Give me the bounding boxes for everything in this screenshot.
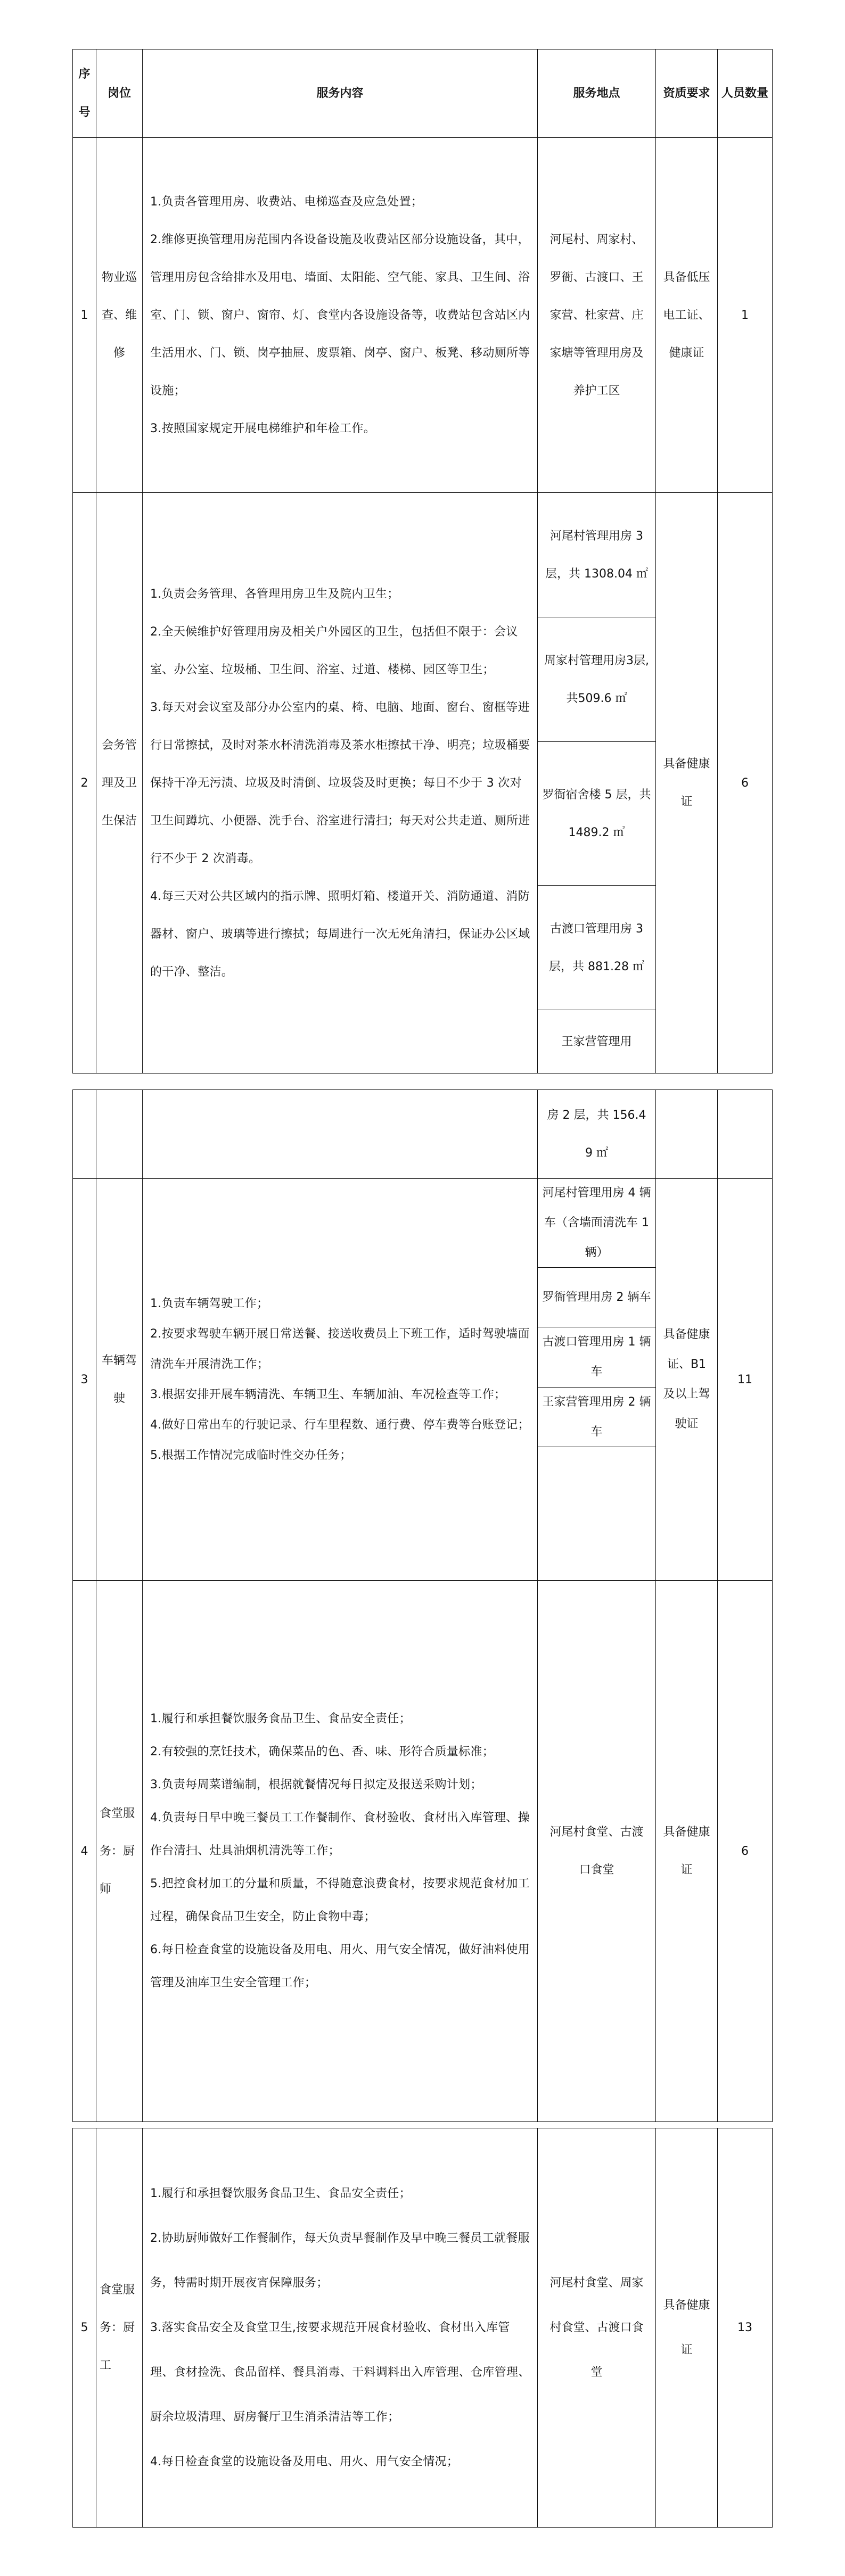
content-item: 4.每日检查食堂的设施设备及用电、用火、用气安全情况； — [150, 2440, 531, 2484]
row-qualification: 具备健康证 — [656, 2128, 718, 2528]
table-header-row: 序号 岗位 服务内容 服务地点 资质要求 人员数量 — [73, 49, 773, 138]
row-count: 6 — [718, 493, 773, 1074]
row-content: 1.负责各管理用房、收费站、电梯巡查及应急处置； 2.维修更换管理用房范围内各设… — [143, 138, 538, 493]
location-sub-cell: 王家营管理用 — [538, 1010, 655, 1073]
service-table-page-3: 5 食堂服务：厨工 1.履行和承担餐饮服务食品卫生、食品安全责任； 2.协助厨师… — [72, 2128, 773, 2528]
location-sub-cell: 古渡口管理用房 1 辆车 — [538, 1327, 655, 1388]
content-item: 4.做好日常出车的行驶记录、行车里程数、通行费、停车费等台账登记； — [150, 1410, 531, 1440]
header-seq: 序号 — [73, 49, 96, 138]
table-row: 5 食堂服务：厨工 1.履行和承担餐饮服务食品卫生、食品安全责任； 2.协助厨师… — [73, 2128, 773, 2528]
content-item: 2.维修更换管理用房范围内各设备设施及收费站区部分设施设备，其中，管理用房包含给… — [150, 221, 531, 410]
row-location: 河尾村食堂、周家村食堂、古渡口食堂 — [538, 2128, 656, 2528]
row-seq: 2 — [73, 493, 96, 1074]
row-seq: 3 — [73, 1179, 96, 1581]
row-content: 1.履行和承担餐饮服务食品卫生、食品安全责任； 2.协助厨师做好工作餐制作，每天… — [143, 2128, 538, 2528]
row-post: 车辆驾驶 — [96, 1179, 143, 1581]
row-seq: 4 — [73, 1581, 96, 2122]
row-qualification: 具备低压电工证、健康证 — [656, 138, 718, 493]
row-count: 6 — [718, 1581, 773, 2122]
content-item: 5.把控食材加工的分量和质量，不得随意浪费食材，按要求规范食材加工过程，确保食品… — [150, 1868, 531, 1934]
header-content: 服务内容 — [143, 49, 538, 138]
location-sub-cell: 王家营管理用房 2 辆车 — [538, 1388, 655, 1447]
row-seq: 1 — [73, 138, 96, 493]
row-count: 11 — [718, 1179, 773, 1581]
content-item: 5.根据工作情况完成临时性交办任务； — [150, 1440, 531, 1471]
row-location: 河尾村、周家村、罗衙、古渡口、王家营、杜家营、庄家塘等管理用房及养护工区 — [538, 138, 656, 493]
content-item: 2.全天候维护好管理用房及相关户外园区的卫生，包括但不限于：会议室、办公室、垃圾… — [150, 613, 531, 689]
content-item: 1.负责车辆驾驶工作； — [150, 1289, 531, 1319]
table-row: 1 物业巡查、维修 1.负责各管理用房、收费站、电梯巡查及应急处置； 2.维修更… — [73, 138, 773, 493]
table-row: 3 车辆驾驶 1.负责车辆驾驶工作； 2.按要求驾驶车辆开展日常送餐、接送收费员… — [73, 1179, 773, 1581]
header-qualification: 资质要求 — [656, 49, 718, 138]
content-item: 2.按要求驾驶车辆开展日常送餐、接送收费员上下班工作，适时驾驶墙面清洗车开展清洗… — [150, 1319, 531, 1380]
content-item: 3.负责每周菜谱编制，根据就餐情况每日拟定及报送采购计划； — [150, 1769, 531, 1802]
header-location: 服务地点 — [538, 49, 656, 138]
row-seq: 5 — [73, 2128, 96, 2528]
row-content: 1.履行和承担餐饮服务食品卫生、食品安全责任； 2.有较强的烹饪技术，确保菜品的… — [143, 1581, 538, 2122]
content-item: 4.负责每日早中晚三餐员工工作餐制作、食材验收、食材出入库管理、操作台清扫、灶具… — [150, 1802, 531, 1868]
row-post: 物业巡查、维修 — [96, 138, 143, 493]
content-item: 3.每天对会议室及部分办公室内的桌、椅、电脑、地面、窗台、窗框等进行日常擦拭，及… — [150, 689, 531, 878]
content-item: 1.履行和承担餐饮服务食品卫生、食品安全责任； — [150, 1703, 531, 1736]
row-location-group: 河尾村管理用房 4 辆车（含墙面清洗车 1 辆） 罗衙管理用房 2 辆车 古渡口… — [538, 1179, 656, 1581]
row-location: 河尾村食堂、古渡口食堂 — [538, 1581, 656, 2122]
location-sub-cell: 周家村管理用房3层,共509.6 ㎡ — [538, 617, 655, 742]
content-item: 3.根据安排开展车辆清洗、车辆卫生、车辆加油、车况检查等工作； — [150, 1380, 531, 1410]
header-count: 人员数量 — [718, 49, 773, 138]
content-item: 2.协助厨师做好工作餐制作，每天负责早餐制作及早中晚三餐员工就餐服务，特需时期开… — [150, 2216, 531, 2306]
content-item: 3.落实食品安全及食堂卫生,按要求规范开展食材验收、食材出入库管理、食材捡洗、食… — [150, 2306, 531, 2440]
header-post: 岗位 — [96, 49, 143, 138]
row-content: 1.负责车辆驾驶工作； 2.按要求驾驶车辆开展日常送餐、接送收费员上下班工作，适… — [143, 1179, 538, 1581]
content-item: 1.负责会务管理、各管理用房卫生及院内卫生； — [150, 575, 531, 613]
row-post: 食堂服务：厨工 — [96, 2128, 143, 2528]
table-row-continuation: 房 2 层，共 156.49 ㎡ — [73, 1090, 773, 1179]
table-row: 4 食堂服务：厨师 1.履行和承担餐饮服务食品卫生、食品安全责任； 2.有较强的… — [73, 1581, 773, 2122]
row-count: 1 — [718, 138, 773, 493]
location-sub-cell: 古渡口管理用房 3 层，共 881.28 ㎡ — [538, 886, 655, 1010]
content-item: 1.履行和承担餐饮服务食品卫生、食品安全责任； — [150, 2172, 531, 2216]
row-qualification: 具备健康证 — [656, 493, 718, 1074]
service-table-page-2: 房 2 层，共 156.49 ㎡ 3 车辆驾驶 1.负责车辆驾驶工作； 2.按要… — [72, 1089, 773, 2122]
row-post: 会务管理及卫生保洁 — [96, 493, 143, 1074]
location-sub-cell: 河尾村管理用房 3 层，共 1308.04 ㎡ — [538, 493, 655, 617]
row-location-group: 河尾村管理用房 3 层，共 1308.04 ㎡ 周家村管理用房3层,共509.6… — [538, 493, 656, 1074]
content-item: 3.按照国家规定开展电梯维护和年检工作。 — [150, 410, 531, 448]
table-row: 2 会务管理及卫生保洁 1.负责会务管理、各管理用房卫生及院内卫生； 2.全天候… — [73, 493, 773, 1074]
content-item: 1.负责各管理用房、收费站、电梯巡查及应急处置； — [150, 183, 531, 221]
row-qualification: 具备健康证 — [656, 1581, 718, 2122]
row-qualification: 具备健康证、B1 及以上驾驶证 — [656, 1179, 718, 1581]
row-post: 食堂服务：厨师 — [96, 1581, 143, 2122]
content-item: 6.每日检查食堂的设施设备及用电、用火、用气安全情况，做好油料使用管理及油库卫生… — [150, 1934, 531, 2000]
content-item: 2.有较强的烹饪技术，确保菜品的色、香、味、形符合质量标准； — [150, 1736, 531, 1769]
row-count: 13 — [718, 2128, 773, 2528]
service-table-page-1: 序号 岗位 服务内容 服务地点 资质要求 人员数量 1 物业巡查、维修 1.负责… — [72, 49, 773, 1074]
row-content: 1.负责会务管理、各管理用房卫生及院内卫生； 2.全天候维护好管理用房及相关户外… — [143, 493, 538, 1074]
location-sub-cell: 罗衙宿舍楼 5 层，共 1489.2 ㎡ — [538, 742, 655, 886]
row-location-continued: 房 2 层，共 156.49 ㎡ — [538, 1090, 656, 1179]
content-item: 4.每三天对公共区域内的指示牌、照明灯箱、楼道开关、消防通道、消防器材、窗户、玻… — [150, 878, 531, 991]
location-sub-cell: 河尾村管理用房 4 辆车（含墙面清洗车 1 辆） — [538, 1179, 655, 1268]
location-sub-cell: 罗衙管理用房 2 辆车 — [538, 1268, 655, 1327]
